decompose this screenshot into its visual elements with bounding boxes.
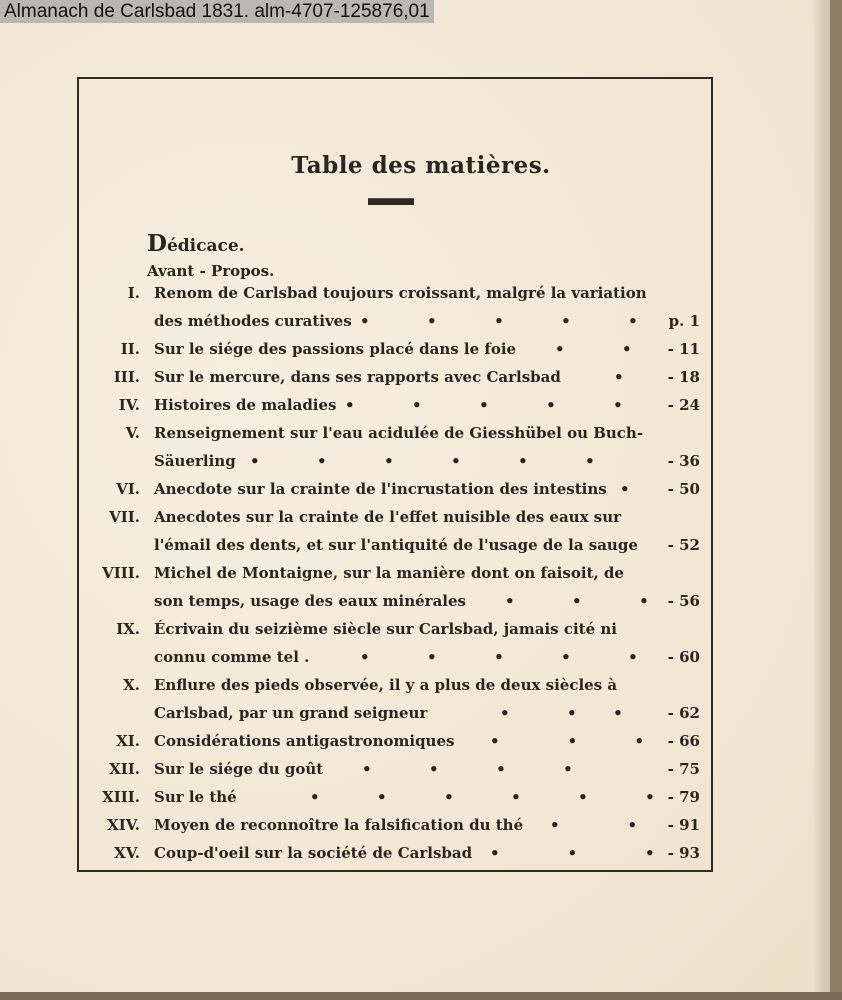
toc-page-number: - 18 [640,368,700,386]
toc-entry-number: VIII. [90,564,140,582]
dot-leader: • • • [490,732,644,750]
toc-entry-14: XIV. Moyen de reconnoître la falsificati… [90,816,700,842]
toc-entry-title: Renom de Carlsbad toujours croissant, ma… [154,284,647,302]
toc-entry-number: IV. [90,396,140,414]
dot-leader: • [620,480,630,498]
toc-entry-12: XII. Sur le siége du goût • • • • - 75 [90,760,700,786]
toc-entry-4: IV. Histoires de maladies • • • • • - 24 [90,396,700,422]
toc-entry-title: Coup-d'oeil sur la société de Carlsbad [154,844,472,862]
toc-entry-11: XI. Considérations antigastronomiques • … [90,732,700,758]
toc-entry-10-line-1: X. Enflure des pieds observée, il y a pl… [90,676,700,702]
toc-page-number: - 11 [640,340,700,358]
toc-entry-number: V. [90,424,140,442]
toc-entry-title: Écrivain du seizième siècle sur Carlsbad… [154,620,617,638]
toc-entry-number: VI. [90,480,140,498]
toc-entry-number: XIII. [90,788,140,806]
toc-entry-title: Anecdotes sur la crainte de l'effet nuis… [154,508,621,526]
dot-leader: • • • [500,704,623,722]
page-title: Table des matières. [0,152,842,179]
toc-entry-number: II. [90,340,140,358]
toc-page-number: - 91 [640,816,700,834]
toc-entry-title: Sur le siége des passions placé dans le … [154,340,516,358]
toc-entry-number: IX. [90,620,140,638]
toc-entry-3: III. Sur le mercure, dans ses rapports a… [90,368,700,394]
toc-page-number: - 60 [640,648,700,666]
toc-entry-title-cont: connu comme tel . [154,648,309,666]
book-cover-bottom [0,992,842,1000]
toc-entry-9-line-2: connu comme tel . • • • • • - 60 [90,648,700,674]
avant-propos-heading: Avant - Propos. [147,262,274,280]
toc-page-number: - 36 [640,452,700,470]
toc-page-number: - 93 [640,844,700,862]
toc-entry-title: Moyen de reconnoître la falsification du… [154,816,523,834]
toc-entry-5-line-2: Säuerling • • • • • • - 36 [90,452,700,478]
toc-entry-8-line-1: VIII. Michel de Montaigne, sur la manièr… [90,564,700,590]
toc-entry-number: I. [90,284,140,302]
toc-entry-number: XII. [90,760,140,778]
toc-page-number: p. 1 [640,312,700,330]
dedicace-initial: D [147,230,167,257]
toc-entry-title: Considérations antigastronomiques [154,732,454,750]
dot-leader: • • • • • [360,312,638,330]
toc-entry-title: Sur le mercure, dans ses rapports avec C… [154,368,561,386]
toc-page-number: - 75 [640,760,700,778]
dot-leader: • • • • [362,760,573,778]
toc-entry-10-line-2: Carlsbad, par un grand seigneur • • • - … [90,704,700,730]
toc-entry-title: Michel de Montaigne, sur la manière dont… [154,564,624,582]
toc-entry-title-cont: des méthodes curatives [154,312,352,330]
toc-entry-number: XIV. [90,816,140,834]
toc-entry-title-cont: Säuerling [154,452,236,470]
book-cover-edge [830,0,842,1000]
toc-entry-6: VI. Anecdote sur la crainte de l'incrust… [90,480,700,506]
dedicace-rest: édicace. [167,236,245,256]
toc-entry-number: X. [90,676,140,694]
toc-page-number: - 56 [640,592,700,610]
dedicace-heading: Dédicace. [147,230,245,257]
toc-entry-9-line-1: IX. Écrivain du seizième siècle sur Carl… [90,620,700,646]
toc-entry-number: XI. [90,732,140,750]
toc-page-number: - 50 [640,480,700,498]
toc-entry-7-line-1: VII. Anecdotes sur la crainte de l'effet… [90,508,700,534]
toc-page-number: - 52 [640,536,700,554]
title-ornament-rule [368,198,414,205]
toc-entry-13: XIII. Sur le thé • • • • • • - 79 [90,788,700,814]
dot-leader: • • • • • [345,396,623,414]
toc-entry-title: Renseignement sur l'eau acidulée de Gies… [154,424,643,442]
toc-entry-1-line-1: I. Renom de Carlsbad toujours croissant,… [90,284,700,310]
dot-leader: • • • [490,844,655,862]
toc-entry-title: Histoires de maladies [154,396,337,414]
dot-leader: • • [555,340,632,358]
toc-entry-title-cont: son temps, usage des eaux minérales [154,592,466,610]
toc-entry-15: XV. Coup-d'oeil sur la société de Carlsb… [90,844,700,870]
toc-page-number: - 24 [640,396,700,414]
toc-entry-1-line-2: des méthodes curatives • • • • • p. 1 [90,312,700,338]
toc-entry-title: Anecdote sur la crainte de l'incrustatio… [154,480,607,498]
toc-entry-5-line-1: V. Renseignement sur l'eau acidulée de G… [90,424,700,450]
toc-entry-number: XV. [90,844,140,862]
toc-entry-2: II. Sur le siége des passions placé dans… [90,340,700,366]
toc-entry-8-line-2: son temps, usage des eaux minérales • • … [90,592,700,618]
toc-entry-7-line-2: l'émail des dents, et sur l'antiquité de… [90,536,700,562]
toc-page-number: - 66 [640,732,700,750]
image-caption: Almanach de Carlsbad 1831. alm-4707-1258… [0,0,434,23]
dot-leader: • • • • • • [310,788,655,806]
dot-leader: • • • [505,592,649,610]
toc-entry-title-cont: l'émail des dents, et sur l'antiquité de… [154,536,638,554]
dot-leader: • • • • • • [250,452,595,470]
toc-entry-title: Sur le thé [154,788,237,806]
dot-leader: • • [550,816,637,834]
toc-entry-title: Enflure des pieds observée, il y a plus … [154,676,617,694]
dot-leader: • • • • • [360,648,638,666]
toc-page-number: - 79 [640,788,700,806]
toc-entry-number: VII. [90,508,140,526]
page-edge [814,0,830,992]
toc-page-number: - 62 [640,704,700,722]
toc-entry-title: Sur le siége du goût [154,760,323,778]
toc-entry-number: III. [90,368,140,386]
toc-entry-title-cont: Carlsbad, par un grand seigneur [154,704,427,722]
dot-leader: • [614,368,624,386]
